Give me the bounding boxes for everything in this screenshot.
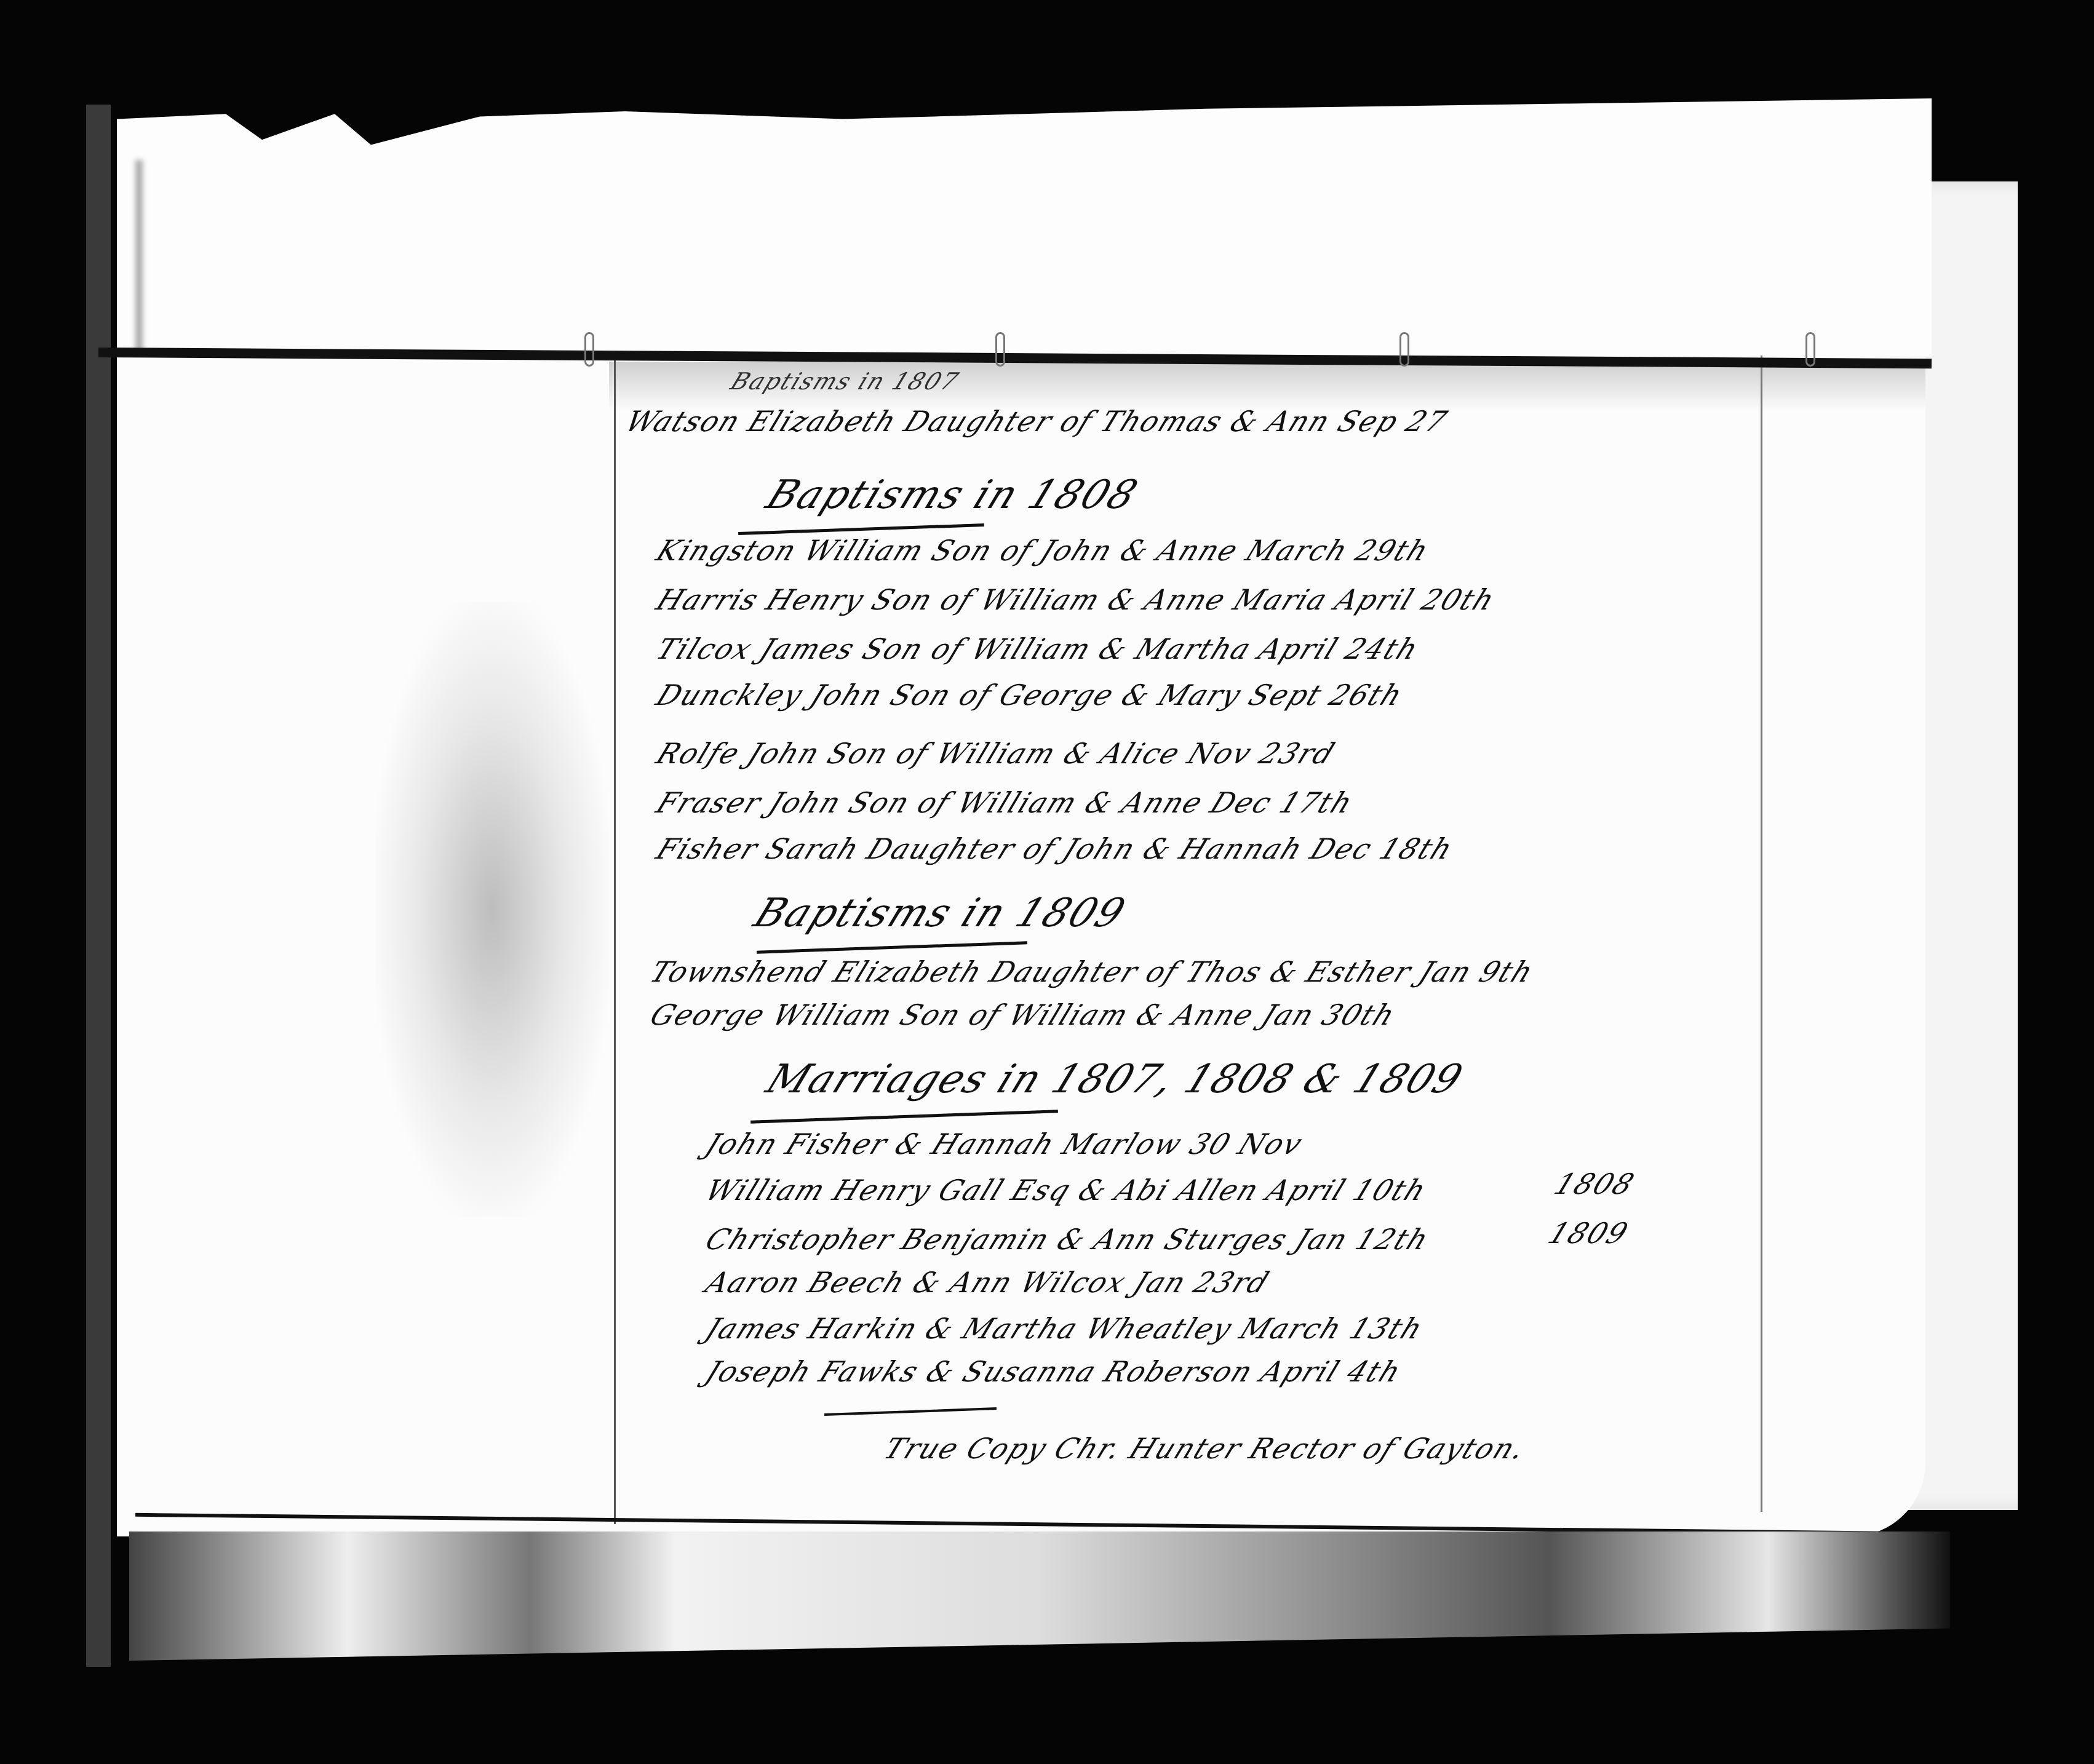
- entry: Joseph Fawks & Susanna Roberson April 4t…: [701, 1355, 1407, 1388]
- stain: [375, 602, 609, 1217]
- heading-underline: [757, 941, 1027, 953]
- film-edge: [86, 105, 111, 1667]
- margin-rule-right: [1761, 356, 1762, 1512]
- carryover-heading: Baptisms in 1807: [727, 368, 963, 395]
- entry: Townshend Elizabeth Daughter of Thos & E…: [645, 955, 1539, 988]
- entry: William Henry Gall Esq & Abi Allen April…: [701, 1174, 1432, 1207]
- section-heading-marriages: Marriages in 1807, 1808 & 1809: [760, 1057, 1470, 1102]
- binding-ring: [1805, 332, 1815, 367]
- entry: Kingston William Son of John & Anne Marc…: [651, 534, 1435, 567]
- attestation-signature: True Copy Chr. Hunter Rector of Gayton.: [879, 1432, 1531, 1465]
- entry: Dunckley John Son of George & Mary Sept …: [651, 678, 1409, 712]
- entry: Harris Henry Son of William & Anne Maria…: [651, 583, 1500, 616]
- margin-rule-left: [614, 356, 616, 1524]
- carryover-entry: Watson Elizabeth Daughter of Thomas & An…: [621, 405, 1453, 438]
- entry: Fraser John Son of William & Anne Dec 17…: [651, 786, 1358, 819]
- entry: Rolfe John Son of William & Alice Nov 23…: [651, 737, 1340, 770]
- entry: Fisher Sarah Daughter of John & Hannah D…: [651, 832, 1459, 865]
- section-heading-baptisms-1808: Baptisms in 1808: [760, 472, 1145, 518]
- entry: John Fisher & Hannah Marlow 30 Nov: [701, 1127, 1308, 1161]
- section-heading-baptisms-1809: Baptisms in 1809: [747, 891, 1133, 936]
- margin-year: 1808: [1550, 1167, 1640, 1201]
- entry: George William Son of William & Anne Jan…: [645, 998, 1401, 1031]
- binding-ring: [995, 332, 1005, 367]
- entry: Christopher Benjamin & Ann Sturges Jan 1…: [701, 1223, 1435, 1256]
- register-page: Baptisms in 1807 Watson Elizabeth Daught…: [117, 356, 1925, 1536]
- entry: James Harkin & Martha Wheatley March 13t…: [701, 1312, 1428, 1345]
- entry: Aaron Beech & Ann Wilcox Jan 23rd: [701, 1266, 1275, 1299]
- binding-ring: [1399, 332, 1409, 367]
- upper-blank-flap: [117, 98, 1932, 357]
- binding-ring: [584, 332, 594, 367]
- page-stack: [129, 1532, 1950, 1661]
- heading-underline: [750, 1110, 1058, 1123]
- entry: Tilcox James Son of William & Martha Apr…: [651, 632, 1424, 665]
- margin-year: 1809: [1543, 1217, 1634, 1250]
- closing-rule: [824, 1407, 997, 1416]
